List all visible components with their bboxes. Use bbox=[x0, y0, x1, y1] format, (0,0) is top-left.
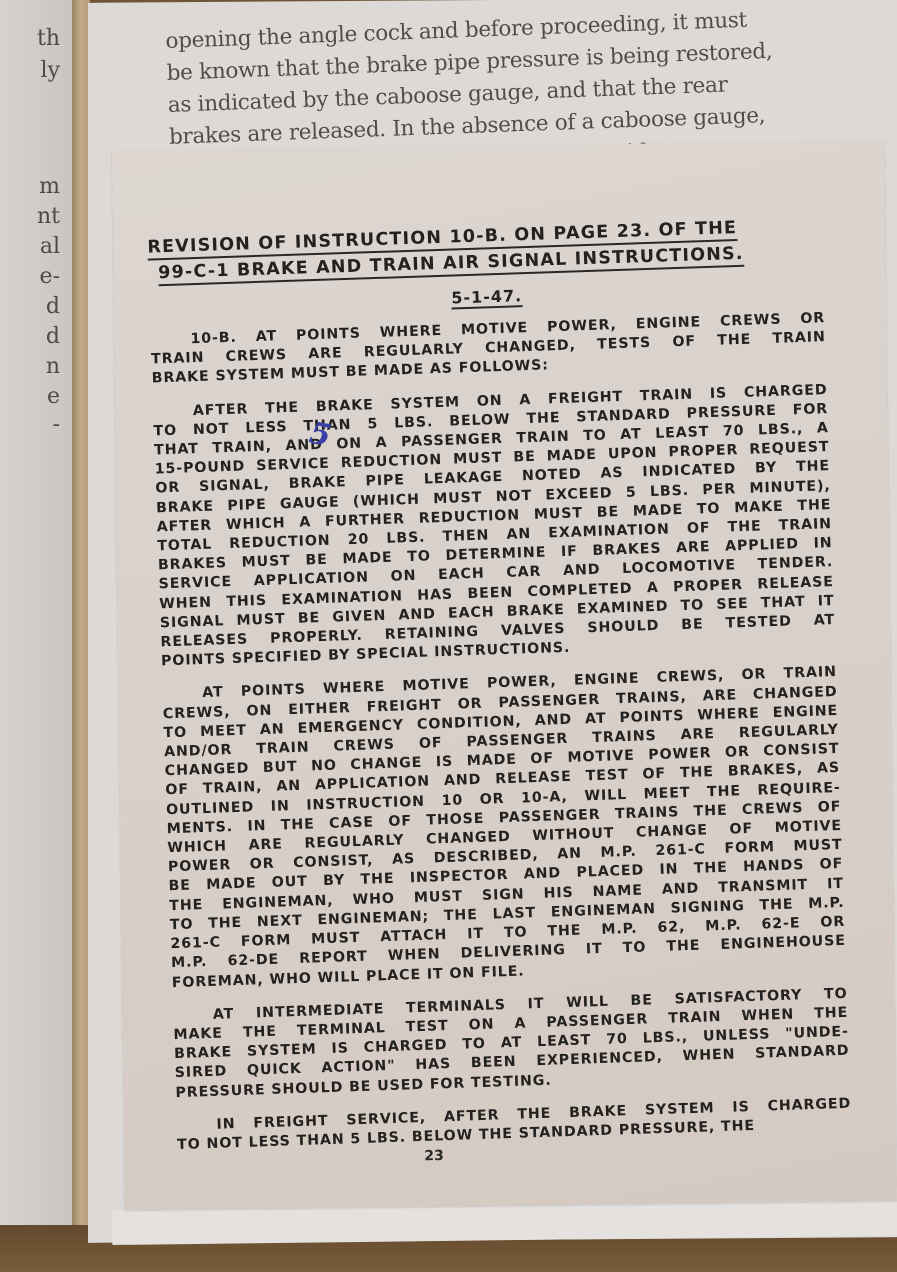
left-page-fragment: e- bbox=[0, 266, 60, 288]
instruction-paragraph: AT INTERMEDIATE TERMINALS IT WILL BE SAT… bbox=[173, 984, 851, 1102]
left-page-fragment: d bbox=[0, 326, 60, 348]
instruction-paragraph: IN FREIGHT SERVICE, AFTER THE BRAKE SYST… bbox=[176, 1094, 852, 1155]
page-number: 23 bbox=[424, 1148, 444, 1164]
revision-date-text: 5-1-47. bbox=[451, 286, 523, 309]
instruction-paragraph: AFTER THE BRAKE SYSTEM ON A FREIGHT TRAI… bbox=[153, 381, 837, 672]
left-page-fragment: m bbox=[0, 176, 60, 198]
left-page-fragment: e bbox=[0, 386, 60, 408]
instruction-paragraph: AT POINTS WHERE MOTIVE POWER, ENGINE CRE… bbox=[162, 663, 847, 992]
instruction-paragraph: 10-B. AT POINTS WHERE MOTIVE POWER, ENGI… bbox=[150, 309, 827, 389]
revision-insert-sheet: REVISION OF INSTRUCTION 10-B. ON PAGE 23… bbox=[112, 141, 897, 1210]
left-page-fragment: al bbox=[0, 236, 60, 258]
left-book-page: th ly m nt al e- d d n e - bbox=[0, 0, 74, 1225]
left-page-fragment: d bbox=[0, 296, 60, 318]
left-page-fragment: ly bbox=[0, 60, 60, 82]
insert-content: REVISION OF INSTRUCTION 10-B. ON PAGE 23… bbox=[147, 215, 852, 1155]
left-page-fragment: th bbox=[0, 28, 60, 50]
instruction-body: 10-B. AT POINTS WHERE MOTIVE POWER, ENGI… bbox=[150, 309, 852, 1155]
left-page-fragment: n bbox=[0, 356, 60, 378]
left-page-fragment: nt bbox=[0, 206, 60, 228]
left-page-fragment: - bbox=[0, 414, 60, 436]
